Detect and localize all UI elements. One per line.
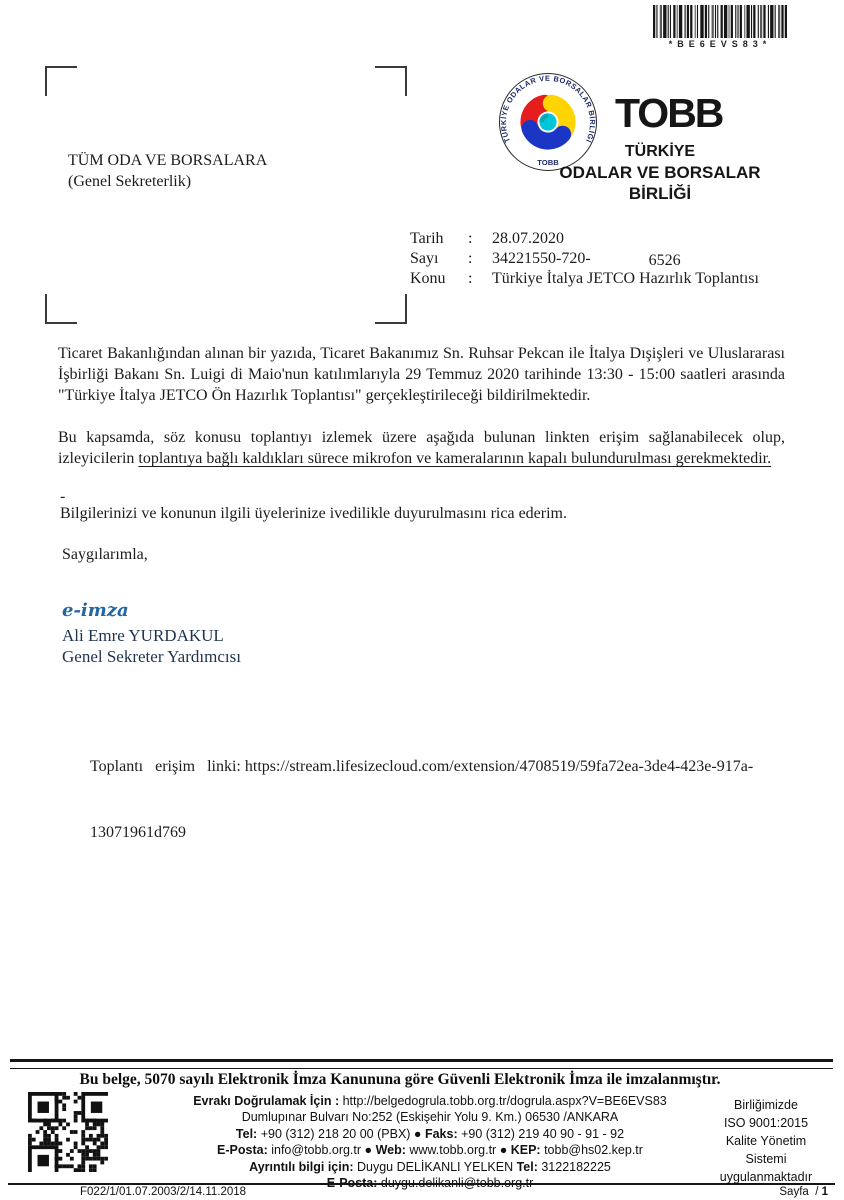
e-signature-notice: Bu belge, 5070 sayılı Elektronik İmza Ka… xyxy=(0,1071,800,1089)
org-line1: TÜRKİYE xyxy=(530,141,790,162)
footer-contact-line: Evrakı Doğrulamak İçin : http://belgedog… xyxy=(140,1093,720,1109)
page-number-label: Sayfa xyxy=(779,1186,808,1198)
org-line3: BİRLİĞİ xyxy=(530,183,790,204)
signer-name: Ali Emre YURDAKUL xyxy=(62,626,224,646)
e-signature-mark: e-imza xyxy=(62,600,129,621)
footer-contact-text: Duygu DELİKANLI YELKEN xyxy=(354,1160,517,1174)
meta-row-subject: Konu : Türkiye İtalya JETCO Hazırlık Top… xyxy=(410,269,759,289)
meta-colon: : xyxy=(468,269,492,289)
recipient-line1: TÜM ODA VE BORSALARA xyxy=(68,150,267,171)
meta-row-number: Sayı : 34221550-720-6526 xyxy=(410,249,759,269)
footer-contact-label: Web: xyxy=(376,1143,406,1157)
footer-contact-label: Tel: xyxy=(517,1160,538,1174)
footer-contact-label: Tel: xyxy=(236,1127,257,1141)
org-acronym: TOBB xyxy=(615,90,722,137)
footer-contact-label: ● xyxy=(365,1143,373,1157)
meta-value-subject: Türkiye İtalya JETCO Hazırlık Toplantısı xyxy=(492,269,759,289)
footer-contact-line: Tel: +90 (312) 218 20 00 (PBX) ● Faks: +… xyxy=(140,1126,720,1142)
corner-mark-bottom-right xyxy=(375,294,407,324)
closing-salutation: Saygılarımla, xyxy=(62,546,148,564)
qr-code-icon xyxy=(28,1092,108,1172)
iso-line: Sistemi xyxy=(700,1150,832,1168)
recipient-line2: (Genel Sekreterlik) xyxy=(68,171,267,192)
meta-colon: : xyxy=(468,249,492,269)
footer-contact-line: Dumlupınar Bulvarı No:252 (Eskişehir Yol… xyxy=(140,1109,720,1125)
footer-contact-text: +90 (312) 219 40 90 - 91 - 92 xyxy=(458,1127,624,1141)
body-paragraph-2: Bu kapsamda, söz konusu toplantıyı izlem… xyxy=(58,427,785,469)
corner-mark-bottom-left xyxy=(45,294,77,324)
footer-contact-text: 3122182225 xyxy=(538,1160,611,1174)
footer-contact-text: tobb@hs02.kep.tr xyxy=(541,1143,643,1157)
footer-contact-label: E-Posta: xyxy=(217,1143,268,1157)
barcode-text: *BE6EVS83* xyxy=(650,39,790,49)
iso-line: Birliğimizde xyxy=(700,1096,832,1114)
footer-contact-label: KEP: xyxy=(511,1143,541,1157)
page-number-slash: / xyxy=(815,1186,818,1198)
footer-bottom-rule xyxy=(8,1183,835,1185)
meta-value-number: 34221550-720- xyxy=(492,250,591,267)
iso-certification-block: BirliğimizdeISO 9001:2015Kalite YönetimS… xyxy=(700,1096,832,1186)
meta-value-date: 28.07.2020 xyxy=(492,229,564,249)
page-number: Sayfa / 1 xyxy=(779,1186,828,1198)
iso-line: ISO 9001:2015 xyxy=(700,1114,832,1132)
body-paragraph-3: Bilgilerinizi ve konunun ilgili üyelerin… xyxy=(60,505,567,523)
meeting-link-line1: Toplantı erişim linki: https://stream.li… xyxy=(90,756,814,778)
footer-contact-line: E-Posta: info@tobb.org.tr ● Web: www.tob… xyxy=(140,1142,720,1158)
footer-contact-text: +90 (312) 218 20 00 (PBX) xyxy=(257,1127,414,1141)
form-code: F022/1/01.07.2003/2/14.11.2018 xyxy=(80,1186,246,1198)
recipient-block: TÜM ODA VE BORSALARA (Genel Sekreterlik) xyxy=(68,150,267,192)
corner-mark-top-left xyxy=(45,66,77,96)
meta-label: Konu xyxy=(410,269,468,289)
footer-contact-text: Dumlupınar Bulvarı No:252 (Eskişehir Yol… xyxy=(242,1110,619,1124)
footer-rule-thick xyxy=(10,1059,833,1062)
signer-title: Genel Sekreter Yardımcısı xyxy=(62,647,241,667)
meeting-link-block: Toplantı erişim linki: https://stream.li… xyxy=(90,712,814,888)
footer-contact-text: http://belgedogrula.tobb.org.tr/dogrula.… xyxy=(343,1094,667,1108)
meta-label: Sayı xyxy=(410,249,468,269)
meta-label: Tarih xyxy=(410,229,468,249)
footer-contact-line: Ayrıntılı bilgi için: Duygu DELİKANLI YE… xyxy=(140,1159,720,1175)
org-line2: ODALAR VE BORSALAR xyxy=(530,162,790,183)
body-paragraph-1: Ticaret Bakanlığından alınan bir yazıda,… xyxy=(58,343,785,406)
barcode-icon xyxy=(651,5,789,38)
footer-contact-label: Evrakı Doğrulamak İçin : xyxy=(193,1094,342,1108)
iso-line: Kalite Yönetim xyxy=(700,1132,832,1150)
footer-rule-thin xyxy=(10,1068,833,1069)
paragraph-2-underlined: toplantıya bağlı kaldıkları sürece mikro… xyxy=(138,450,771,467)
meta-colon: : xyxy=(468,229,492,249)
stray-dash: - xyxy=(60,488,65,506)
footer-contact-text: www.tobb.org.tr xyxy=(406,1143,500,1157)
meeting-link-line2: 13071961d769 xyxy=(90,822,814,844)
meta-row-date: Tarih : 28.07.2020 xyxy=(410,229,759,249)
meta-value-number-suffix: 6526 xyxy=(649,251,681,271)
document-page: *BE6EVS83* TÜM ODA VE BORSALARA (Genel S… xyxy=(0,0,844,1200)
document-meta: Tarih : 28.07.2020 Sayı : 34221550-720-6… xyxy=(410,229,759,289)
footer-contact-label: Faks: xyxy=(425,1127,458,1141)
org-name-block: TÜRKİYE ODALAR VE BORSALAR BİRLİĞİ xyxy=(530,141,790,204)
footer-contact-lines: Evrakı Doğrulamak İçin : http://belgedog… xyxy=(140,1093,720,1191)
footer-contact-text: info@tobb.org.tr xyxy=(268,1143,365,1157)
page-number-value: 1 xyxy=(822,1186,828,1198)
footer-contact-label: Ayrıntılı bilgi için: xyxy=(249,1160,353,1174)
corner-mark-top-right xyxy=(375,66,407,96)
barcode: *BE6EVS83* xyxy=(650,5,790,49)
